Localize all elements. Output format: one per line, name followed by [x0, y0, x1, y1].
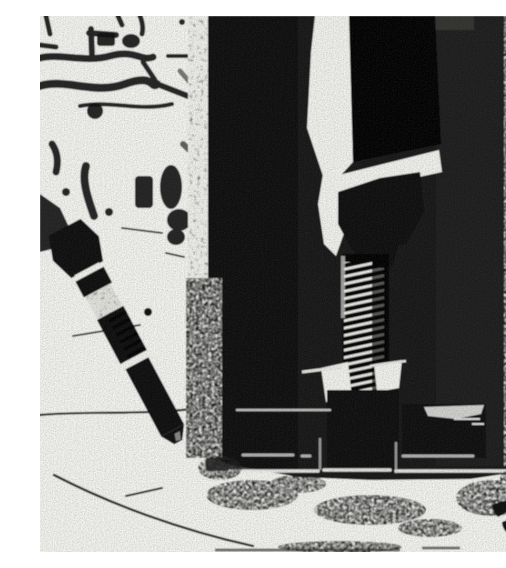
bolt-test-photo — [40, 16, 506, 552]
photograph — [40, 16, 506, 552]
film-grain-light — [40, 16, 506, 552]
